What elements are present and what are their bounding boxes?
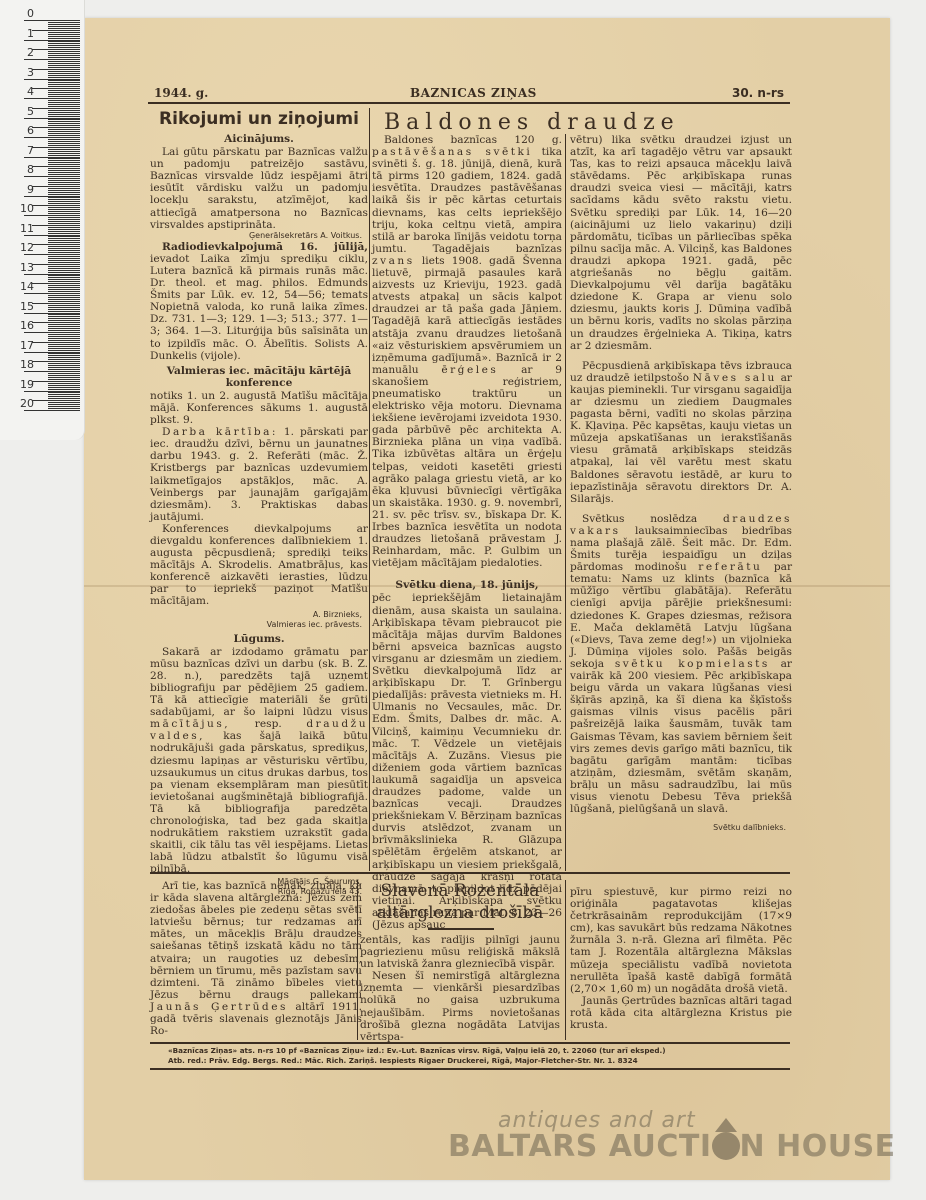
ruler-mm-tick bbox=[32, 303, 80, 304]
ruler-mm-tick bbox=[32, 127, 80, 128]
ruler-mm-tick bbox=[48, 379, 80, 380]
ruler-mm-tick bbox=[48, 143, 80, 144]
crown-logo-icon bbox=[712, 1132, 740, 1160]
ruler-mm-tick bbox=[32, 342, 80, 343]
ruler-mm-tick bbox=[48, 158, 80, 159]
ruler-mm-tick bbox=[48, 119, 80, 120]
ruler-mm-tick bbox=[48, 272, 80, 273]
ruler-mm-tick bbox=[48, 285, 80, 286]
ruler-mm-tick bbox=[48, 149, 80, 150]
ruler-cm-tick bbox=[24, 332, 80, 333]
ruler-mm-tick bbox=[48, 236, 80, 237]
ruler-mm-tick bbox=[48, 231, 80, 232]
paragraph-lead: Radiodievkalpojumā 16. jūlijā, bbox=[162, 241, 368, 253]
paragraph: Svētkus noslēdza draudzes vakars lauksai… bbox=[570, 513, 792, 815]
bottom-column-left: Arī tie, kas baznīcā nenāk, zināja, ka i… bbox=[150, 880, 362, 1037]
heading-aicinajums: Aicinājums. bbox=[150, 133, 368, 145]
ruler-mm-tick bbox=[48, 201, 80, 202]
ruler-label: 1 bbox=[27, 27, 34, 40]
ruler-cm-tick bbox=[24, 137, 80, 138]
ruler-cm-tick bbox=[24, 98, 80, 99]
publisher-imprint: «Baznīcas Ziņas» ats. n-rs 10 pf «Baznīc… bbox=[150, 1046, 808, 1066]
ruler-mm-tick bbox=[48, 334, 80, 335]
ruler-cm-tick bbox=[24, 79, 80, 80]
ruler-mm-tick bbox=[48, 153, 80, 154]
ruler-mm-tick bbox=[48, 182, 80, 183]
page-header: 1944. g. BAZNICAS ZIŅAS 30. n-rs bbox=[148, 84, 790, 104]
ruler-mm-tick bbox=[48, 355, 80, 356]
ruler-mm-tick bbox=[48, 110, 80, 111]
ruler-mm-tick bbox=[48, 340, 80, 341]
ruler-mm-tick bbox=[32, 49, 80, 50]
ruler-mm-tick bbox=[48, 151, 80, 152]
ruler-label: 4 bbox=[27, 85, 34, 98]
ruler-mm-tick bbox=[48, 43, 80, 44]
ruler-mm-tick bbox=[48, 383, 80, 384]
masthead: BAZNICAS ZIŅAS bbox=[410, 86, 537, 100]
subheading-festival-day: Svētku diena, 18. jūnijs, bbox=[372, 579, 562, 591]
ruler-mm-tick bbox=[32, 108, 80, 109]
ruler-mm-tick bbox=[48, 326, 80, 327]
ruler-mm-tick bbox=[48, 131, 80, 132]
ruler-mm-tick bbox=[48, 172, 80, 173]
ruler-mm-tick bbox=[48, 246, 80, 247]
ruler-mm-tick bbox=[48, 221, 80, 222]
ruler-mm-tick bbox=[48, 116, 80, 117]
imprint-line: Atb. red.: Prāv. Edg. Bergs. Red.: Māc. … bbox=[168, 1056, 808, 1066]
ruler-mm-tick bbox=[48, 350, 80, 351]
ruler-mm-tick bbox=[32, 88, 80, 89]
ruler-cm-tick bbox=[24, 196, 80, 197]
ruler-cm-tick bbox=[24, 313, 80, 314]
paragraph: Arī tie, kas baznīcā nenāk, zināja, ka i… bbox=[150, 880, 362, 1037]
ruler-label: 8 bbox=[27, 163, 34, 176]
ruler-cm-tick bbox=[24, 235, 80, 236]
ruler-cm-tick bbox=[24, 157, 80, 158]
ruler-cm-tick bbox=[24, 274, 80, 275]
ruler-mm-tick bbox=[48, 223, 80, 224]
paragraph: zentāls, kas radījis pilnīgi jaunu pagri… bbox=[360, 934, 560, 970]
ruler-mm-tick bbox=[32, 400, 80, 401]
ruler-label: 9 bbox=[27, 183, 34, 196]
ruler-mm-tick bbox=[48, 266, 80, 267]
paragraph: Baldones baznīcas 120 g. pastāvēšanas sv… bbox=[372, 134, 562, 569]
ruler-mm-tick bbox=[48, 258, 80, 259]
ruler-mm-tick bbox=[48, 36, 80, 37]
ruler-mm-tick bbox=[48, 61, 80, 62]
ruler-mm-tick bbox=[48, 291, 80, 292]
ruler-label: 19 bbox=[20, 378, 34, 391]
paragraph: Lai gūtu pārskatu par Baznīcas valžu un … bbox=[150, 146, 368, 231]
ruler-cm-tick bbox=[24, 59, 80, 60]
ruler-mm-tick bbox=[48, 34, 80, 35]
ruler-mm-tick bbox=[48, 73, 80, 74]
ruler-label: 20 bbox=[20, 397, 34, 410]
heading-lugums: Lūgums. bbox=[150, 633, 368, 645]
ruler-label: 12 bbox=[20, 241, 34, 254]
ruler-cm-tick bbox=[24, 40, 80, 41]
bottom-column-middle: zentāls, kas radījis pilnīgi jaunu pagri… bbox=[360, 934, 560, 1043]
ruler-mm-tick bbox=[48, 392, 80, 393]
paragraph: pīru spiestuvē, kur pirmo reizi no oriģi… bbox=[570, 886, 792, 995]
ruler-cm-tick bbox=[24, 391, 80, 392]
paragraph-lugums: Sakarā ar izdodamo grāmatu par mūsu bazn… bbox=[150, 646, 368, 876]
ruler-mm-tick bbox=[48, 104, 80, 105]
ruler-mm-tick bbox=[48, 178, 80, 179]
paragraph-radio: Radiodievkalpojumā 16. jūlijā, ievadot L… bbox=[150, 241, 368, 362]
ruler-mm-tick bbox=[48, 145, 80, 146]
ruler-mm-tick bbox=[48, 164, 80, 165]
paragraph-agenda: Darba kārtība: 1. pārskati par iec. drau… bbox=[150, 426, 368, 523]
ruler-mm-tick bbox=[48, 94, 80, 95]
ruler-mm-tick bbox=[48, 240, 80, 241]
ruler-label: 14 bbox=[20, 280, 34, 293]
ruler-mm-tick bbox=[48, 328, 80, 329]
ruler-mm-tick bbox=[48, 365, 80, 366]
ruler-mm-tick bbox=[48, 112, 80, 113]
paragraph: Nesen šī nemirstīgā altārglezna izņemta … bbox=[360, 970, 560, 1043]
ruler-label: 10 bbox=[20, 202, 34, 215]
ruler-mm-tick bbox=[48, 80, 80, 81]
column-article-middle: Baldones baznīcas 120 g. pastāvēšanas sv… bbox=[372, 134, 562, 931]
ruler-mm-tick bbox=[48, 217, 80, 218]
ruler-mm-tick bbox=[48, 213, 80, 214]
ruler-mm-tick bbox=[48, 287, 80, 288]
heading-valmieras-conference: Valmieras iec. mācītāju kārtējā konferen… bbox=[150, 365, 368, 389]
header-year: 1944. g. bbox=[154, 86, 208, 100]
ruler-mm-tick bbox=[48, 92, 80, 93]
ruler-mm-tick bbox=[48, 22, 80, 23]
ruler-mm-tick bbox=[48, 197, 80, 198]
ruler-mm-tick bbox=[48, 363, 80, 364]
ruler-mm-tick bbox=[48, 299, 80, 300]
ruler-mm-tick bbox=[48, 174, 80, 175]
ruler-mm-tick bbox=[48, 106, 80, 107]
paragraph: Jaunās Ģertrūdes baznīcas altāri tagad r… bbox=[570, 995, 792, 1031]
ruler-mm-tick bbox=[48, 38, 80, 39]
ruler-mm-tick bbox=[32, 205, 80, 206]
ruler-mm-tick bbox=[48, 385, 80, 386]
ruler-mm-tick bbox=[48, 207, 80, 208]
ruler-mm-tick bbox=[48, 260, 80, 261]
ruler-label: 2 bbox=[27, 46, 34, 59]
ruler-mm-tick bbox=[48, 344, 80, 345]
ruler-mm-tick bbox=[48, 387, 80, 388]
ruler-mm-tick bbox=[48, 270, 80, 271]
bottom-column-right: pīru spiestuvē, kur pirmo reizi no oriģi… bbox=[570, 886, 792, 1031]
section-title: Rikojumi un ziņojumi bbox=[150, 108, 368, 130]
ruler-mm-tick bbox=[48, 330, 80, 331]
ruler-cm-tick bbox=[24, 215, 80, 216]
ruler-mm-tick bbox=[32, 264, 80, 265]
signature: Svētku dalībnieks. bbox=[570, 823, 786, 833]
ruler-mm-tick bbox=[48, 82, 80, 83]
title-underline bbox=[428, 928, 494, 930]
signature: A. Birznieks, bbox=[150, 610, 362, 620]
ruler-mm-tick bbox=[48, 248, 80, 249]
ruler-mm-tick bbox=[48, 47, 80, 48]
column-divider bbox=[565, 134, 566, 871]
ruler-mm-tick bbox=[48, 26, 80, 27]
ruler-mm-tick bbox=[48, 90, 80, 91]
ruler-mm-tick bbox=[48, 53, 80, 54]
ruler-mm-tick bbox=[48, 320, 80, 321]
ruler-mm-tick bbox=[48, 402, 80, 403]
ruler-mm-tick bbox=[48, 51, 80, 52]
ruler-mm-tick bbox=[48, 32, 80, 33]
ruler-mm-tick bbox=[48, 188, 80, 189]
ruler-mm-tick bbox=[48, 301, 80, 302]
ruler-mm-tick bbox=[48, 404, 80, 405]
ruler-mm-tick bbox=[48, 359, 80, 360]
signature: Ģenerālsekretārs A. Voitkus. bbox=[150, 231, 362, 241]
ruler-mm-tick bbox=[48, 227, 80, 228]
ruler-mm-tick bbox=[48, 324, 80, 325]
ruler-mm-tick bbox=[48, 338, 80, 339]
ruler-mm-tick bbox=[48, 353, 80, 354]
ruler-mm-tick bbox=[32, 147, 80, 148]
ruler-mm-tick bbox=[48, 160, 80, 161]
ruler-mm-tick bbox=[48, 135, 80, 136]
ruler-cm-tick bbox=[24, 371, 80, 372]
ruler-mm-tick bbox=[48, 277, 80, 278]
ruler-mm-tick bbox=[32, 361, 80, 362]
ruler-mm-tick bbox=[48, 125, 80, 126]
ruler-mm-tick bbox=[48, 357, 80, 358]
paragraph: Konferences dievkalpojums ar dievgaldu k… bbox=[150, 523, 368, 608]
ruler-mm-tick bbox=[48, 406, 80, 407]
ruler-cm-tick bbox=[24, 293, 80, 294]
ruler-mm-tick bbox=[48, 367, 80, 368]
issue-number: 30. n-rs bbox=[732, 86, 784, 100]
article-title: Baldones draudze bbox=[384, 110, 784, 135]
ruler-mm-tick bbox=[48, 57, 80, 58]
column-article-right: vētru) lika svētku draudzei izjust un at… bbox=[570, 134, 792, 835]
ruler-label: 5 bbox=[27, 105, 34, 118]
ruler-mm-tick bbox=[48, 55, 80, 56]
ruler-mm-tick bbox=[48, 180, 80, 181]
ruler-mm-tick bbox=[48, 398, 80, 399]
ruler-mm-tick bbox=[48, 84, 80, 85]
ruler-mm-tick bbox=[32, 283, 80, 284]
ruler-cm-tick bbox=[24, 176, 80, 177]
ruler-mm-tick bbox=[48, 190, 80, 191]
ruler-mm-tick bbox=[48, 141, 80, 142]
ruler-mm-tick bbox=[48, 86, 80, 87]
ruler-mm-tick bbox=[48, 316, 80, 317]
ruler-cm-tick bbox=[24, 254, 80, 255]
ruler-mm-tick bbox=[48, 369, 80, 370]
paragraph: vētru) lika svētku draudzei izjust un at… bbox=[570, 134, 792, 352]
ruler-mm-tick bbox=[48, 289, 80, 290]
ruler-mm-tick bbox=[48, 281, 80, 282]
ruler-mm-tick bbox=[48, 233, 80, 234]
ruler-mm-tick bbox=[48, 229, 80, 230]
ruler-label: 7 bbox=[27, 144, 34, 157]
ruler-mm-tick bbox=[48, 77, 80, 78]
ruler-mm-tick bbox=[48, 71, 80, 72]
ruler-mm-tick bbox=[48, 297, 80, 298]
ruler-mm-tick bbox=[48, 377, 80, 378]
ruler-mm-tick bbox=[48, 314, 80, 315]
ruler-mm-tick bbox=[48, 203, 80, 204]
ruler-mm-tick bbox=[48, 155, 80, 156]
ruler-cm-tick bbox=[24, 410, 80, 411]
ruler-mm-tick bbox=[48, 408, 80, 409]
ruler-mm-tick bbox=[48, 184, 80, 185]
paragraph: Pēcpusdienā arķibīskapa tēvs izbrauca uz… bbox=[570, 360, 792, 505]
ruler-mm-tick bbox=[48, 162, 80, 163]
ruler-mm-tick bbox=[32, 69, 80, 70]
ruler-mm-tick bbox=[48, 114, 80, 115]
ruler-label: 11 bbox=[20, 222, 34, 235]
ruler-mm-tick bbox=[48, 123, 80, 124]
watermark-name: BALTARS AUCTIN HOUSE bbox=[448, 1129, 896, 1164]
bottom-article-title: Slavenā Rozentāla altārglezna drošībā bbox=[360, 880, 560, 924]
ruler-mm-tick bbox=[48, 346, 80, 347]
ruler-mm-tick bbox=[48, 194, 80, 195]
ruler-mm-tick bbox=[48, 295, 80, 296]
ruler-mm-tick bbox=[48, 252, 80, 253]
paragraph: notiks 1. un 2. augustā Matīšu mācītāja … bbox=[150, 390, 368, 426]
ruler-mm-tick bbox=[48, 199, 80, 200]
ruler-mm-tick bbox=[48, 192, 80, 193]
signature-title: Valmieras iec. prāvests. bbox=[150, 620, 362, 630]
ruler-mm-tick bbox=[48, 318, 80, 319]
column-divider bbox=[369, 108, 370, 871]
ruler-mm-tick bbox=[48, 102, 80, 103]
ruler-mm-tick bbox=[48, 336, 80, 337]
ruler-label: 18 bbox=[20, 358, 34, 371]
ruler-mm-tick bbox=[48, 100, 80, 101]
ruler-label: 17 bbox=[20, 339, 34, 352]
ruler-mm-tick bbox=[32, 225, 80, 226]
ruler-mm-tick bbox=[48, 389, 80, 390]
ruler-mm-tick bbox=[48, 170, 80, 171]
imprint-rule-bottom bbox=[150, 1068, 790, 1070]
ruler-mm-tick bbox=[48, 396, 80, 397]
ruler-mm-tick bbox=[32, 244, 80, 245]
ruler-mm-tick bbox=[48, 24, 80, 25]
ruler-mm-tick bbox=[48, 279, 80, 280]
ruler-label: 16 bbox=[20, 319, 34, 332]
ruler-cm-tick bbox=[24, 352, 80, 353]
ruler-mm-tick bbox=[48, 96, 80, 97]
ruler-mm-tick bbox=[48, 65, 80, 66]
ruler-label: 15 bbox=[20, 300, 34, 313]
ruler-mm-tick bbox=[48, 311, 80, 312]
column-divider bbox=[565, 880, 566, 1040]
ruler-mm-tick bbox=[32, 381, 80, 382]
ruler-cm-tick bbox=[24, 118, 80, 119]
ruler-mm-tick bbox=[32, 166, 80, 167]
ruler-mm-tick bbox=[32, 186, 80, 187]
auction-house-watermark: antiques and art BALTARS AUCTIN HOUSE bbox=[448, 1108, 896, 1164]
ruler-mm-tick bbox=[48, 139, 80, 140]
ruler-mm-tick bbox=[48, 262, 80, 263]
ruler-mm-tick bbox=[48, 67, 80, 68]
ruler-mm-tick bbox=[48, 309, 80, 310]
ruler-cm-tick bbox=[24, 20, 80, 21]
ruler-mm-tick bbox=[32, 30, 80, 31]
ruler-mm-tick bbox=[48, 394, 80, 395]
ruler-mm-tick bbox=[48, 75, 80, 76]
ruler-mm-tick bbox=[48, 211, 80, 212]
ruler-label: 0 bbox=[27, 7, 34, 20]
ruler-mm-tick bbox=[48, 268, 80, 269]
measuring-ruler: 01234567891011121314151617181920 bbox=[0, 0, 85, 440]
ruler-mm-tick bbox=[48, 375, 80, 376]
ruler-label: 6 bbox=[27, 124, 34, 137]
ruler-mm-tick bbox=[48, 250, 80, 251]
ruler-mm-tick bbox=[48, 219, 80, 220]
ruler-mm-tick bbox=[48, 242, 80, 243]
column-announcements: Rikojumi un ziņojumi Aicinājums. Lai gūt… bbox=[150, 108, 368, 897]
ruler-mm-tick bbox=[48, 275, 80, 276]
ruler-label: 13 bbox=[20, 261, 34, 274]
ruler-mm-tick bbox=[48, 129, 80, 130]
ruler-mm-tick bbox=[48, 41, 80, 42]
ruler-mm-tick bbox=[48, 133, 80, 134]
ruler-mm-tick bbox=[48, 121, 80, 122]
ruler-mm-tick bbox=[48, 209, 80, 210]
ruler-mm-tick bbox=[48, 305, 80, 306]
ruler-mm-tick bbox=[32, 322, 80, 323]
ruler-mm-tick bbox=[48, 63, 80, 64]
ruler-mm-tick bbox=[48, 307, 80, 308]
ruler-mm-tick bbox=[48, 256, 80, 257]
ruler-mm-tick bbox=[48, 28, 80, 29]
ruler-mm-tick bbox=[48, 168, 80, 169]
ruler-mm-tick bbox=[48, 238, 80, 239]
imprint-line: «Baznīcas Ziņas» ats. n-rs 10 pf «Baznīc… bbox=[168, 1046, 808, 1056]
ruler-mm-tick bbox=[48, 373, 80, 374]
ruler-mm-tick bbox=[48, 45, 80, 46]
ruler-label: 3 bbox=[27, 66, 34, 79]
ruler-mm-tick bbox=[48, 348, 80, 349]
